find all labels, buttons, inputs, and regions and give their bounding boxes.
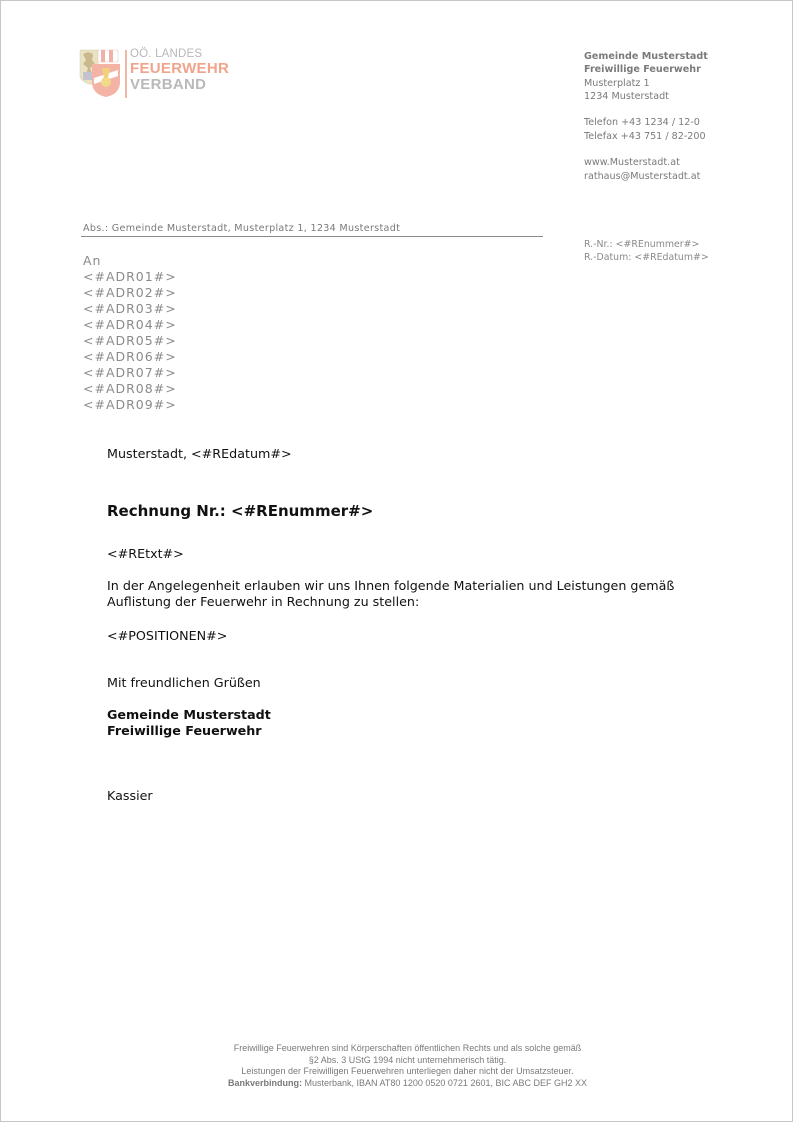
address-line: <#ADR02#> — [83, 285, 177, 301]
sender-org: Gemeinde Musterstadt — [584, 50, 708, 63]
address-line: <#ADR07#> — [83, 365, 177, 381]
invoice-title: Rechnung Nr.: <#REnummer#> — [107, 503, 373, 519]
place-date: Musterstadt, <#REdatum#> — [107, 446, 292, 462]
reference-block: R.-Nr.: <#REnummer#> R.-Datum: <#REdatum… — [584, 238, 709, 264]
fire-brigade-logo: OÖ. LANDES FEUERWEHR VERBAND — [78, 48, 238, 98]
bank-details: Musterbank, IBAN AT80 1200 0520 0721 260… — [302, 1078, 587, 1088]
logo-wordmark: OÖ. LANDES FEUERWEHR VERBAND — [130, 48, 229, 93]
reference-date: R.-Datum: <#REdatum#> — [584, 251, 709, 264]
signature-org: Gemeinde Musterstadt — [107, 707, 271, 723]
sender-block: Gemeinde Musterstadt Freiwillige Feuerwe… — [584, 50, 708, 183]
address-line: <#ADR09#> — [83, 397, 177, 413]
sender-email[interactable]: rathaus@Musterstadt.at — [584, 170, 708, 183]
signature-organization: Gemeinde Musterstadt Freiwillige Feuerwe… — [107, 707, 271, 739]
footer-line-1: Freiwillige Feuerwehren sind Körperschaf… — [1, 1043, 793, 1055]
address-line: <#ADR08#> — [83, 381, 177, 397]
address-line: <#ADR06#> — [83, 349, 177, 365]
address-line: <#ADR04#> — [83, 317, 177, 333]
letter-page: OÖ. LANDES FEUERWEHR VERBAND Gemeinde Mu… — [0, 0, 793, 1122]
coat-of-arms-icon — [78, 48, 122, 98]
sender-web[interactable]: www.Musterstadt.at — [584, 156, 708, 169]
address-line: <#ADR05#> — [83, 333, 177, 349]
recipient-label: An — [83, 253, 177, 269]
sender-city: 1234 Musterstadt — [584, 90, 708, 103]
reference-number: R.-Nr.: <#REnummer#> — [584, 238, 709, 251]
intro-line-1: In der Angelegenheit erlauben wir uns Ih… — [107, 578, 727, 594]
footer-line-3: Leistungen der Freiwilligen Feuerwehren … — [1, 1066, 793, 1078]
intro-line-2: Auflistung der Feuerwehr in Rechnung zu … — [107, 594, 727, 610]
footer: Freiwillige Feuerwehren sind Körperschaf… — [1, 1043, 793, 1089]
return-address: Abs.: Gemeinde Musterstadt, Musterplatz … — [81, 223, 543, 237]
sender-fax: Telefax +43 751 / 82-200 — [584, 130, 708, 143]
intro-paragraph: In der Angelegenheit erlauben wir uns Ih… — [107, 578, 727, 610]
positions-placeholder: <#POSITIONEN#> — [107, 628, 227, 644]
signer-role: Kassier — [107, 788, 153, 804]
footer-bank: Bankverbindung: Musterbank, IBAN AT80 12… — [1, 1078, 793, 1090]
address-line: <#ADR01#> — [83, 269, 177, 285]
closing-greeting: Mit freundlichen Grüßen — [107, 675, 261, 691]
sender-dept: Freiwillige Feuerwehr — [584, 63, 708, 76]
footer-line-2: §2 Abs. 3 UStG 1994 nicht unternehmerisc… — [1, 1055, 793, 1067]
signature-dept: Freiwillige Feuerwehr — [107, 723, 271, 739]
sender-phone: Telefon +43 1234 / 12-0 — [584, 116, 708, 129]
address-line: <#ADR03#> — [83, 301, 177, 317]
logo-divider — [125, 50, 127, 98]
logo-line-2: FEUERWEHR — [130, 61, 229, 77]
invoice-text-placeholder: <#REtxt#> — [107, 546, 184, 562]
bank-label: Bankverbindung: — [228, 1078, 302, 1088]
logo-line-3: VERBAND — [130, 77, 229, 93]
recipient-block: An <#ADR01#> <#ADR02#> <#ADR03#> <#ADR04… — [83, 253, 177, 413]
sender-street: Musterplatz 1 — [584, 77, 708, 90]
